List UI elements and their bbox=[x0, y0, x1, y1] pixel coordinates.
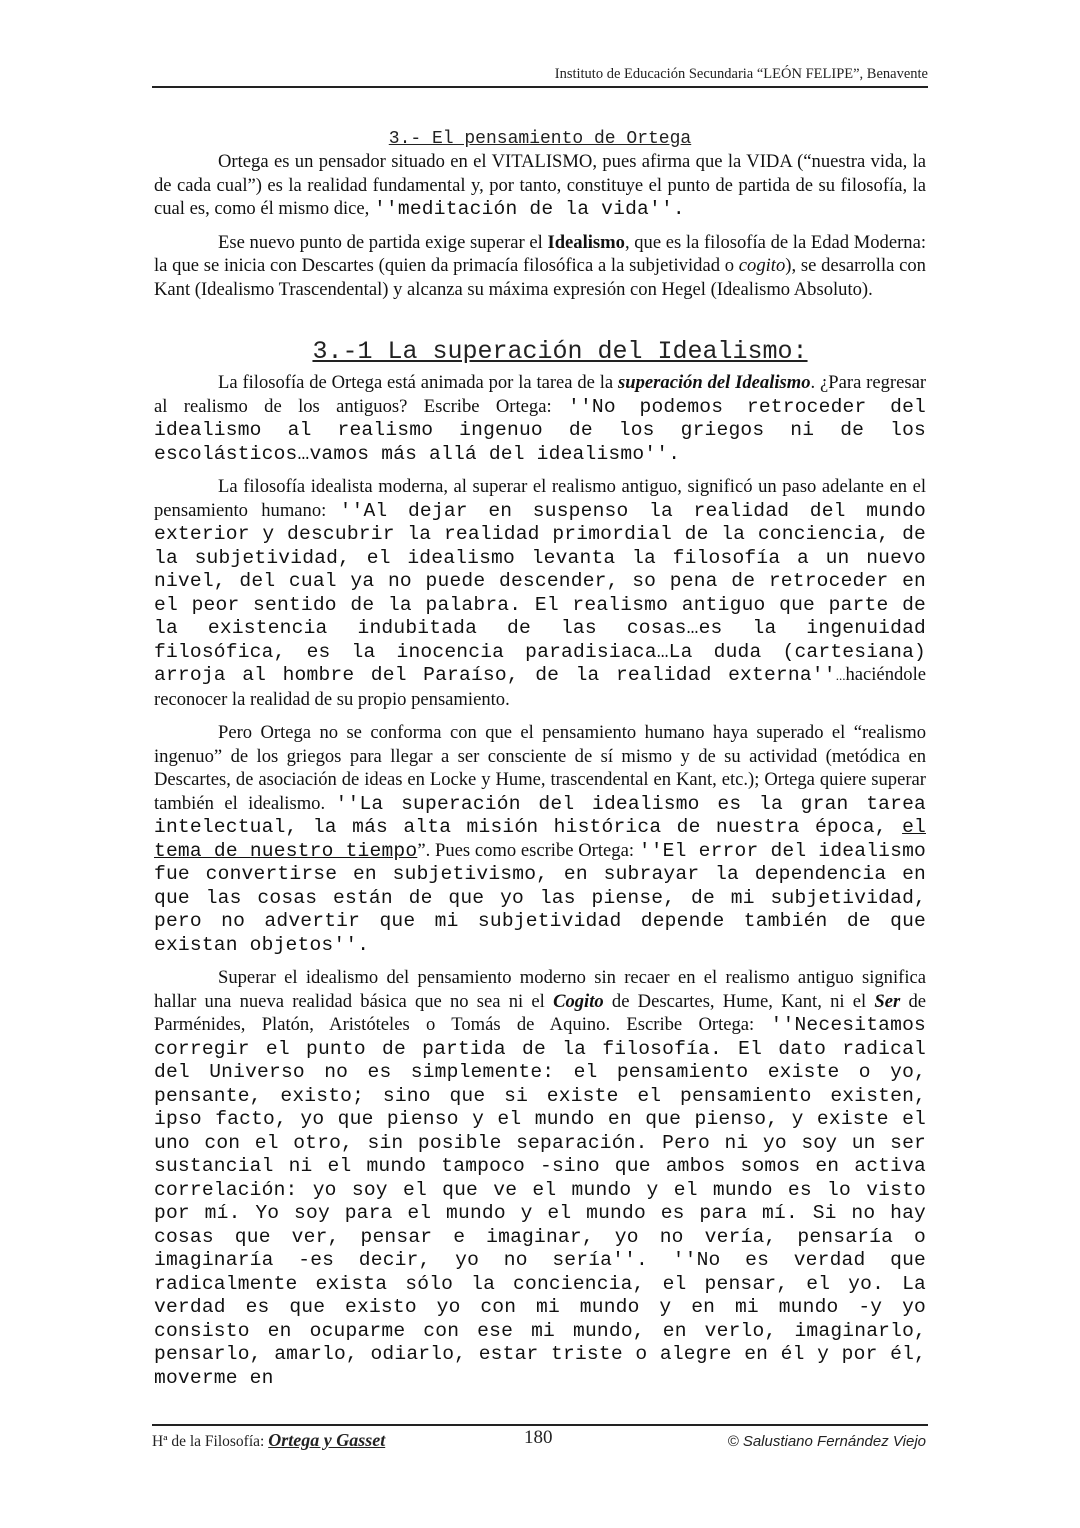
paragraph-text: Ese nuevo punto de partida exige superar… bbox=[218, 232, 547, 253]
paragraph-superacion: La filosofía de Ortega está animada por … bbox=[154, 371, 926, 465]
bold-italic-term: Ser bbox=[874, 991, 900, 1012]
page-header: Instituto de Educación Secundaria “LEÓN … bbox=[152, 64, 928, 88]
paragraph-text: . Pues como escribe Ortega: bbox=[426, 840, 639, 861]
paragraph-idealista-moderna: La filosofía idealista moderna, al super… bbox=[154, 475, 926, 711]
paragraph-idealismo: Ese nuevo punto de partida exige superar… bbox=[154, 231, 926, 302]
bold-term: Idealismo bbox=[547, 232, 624, 253]
page-content: 3.- El pensamiento de Ortega Ortega es u… bbox=[154, 128, 926, 1399]
bold-italic-term: Cogito bbox=[553, 991, 604, 1012]
quote-text: ''Al dejar en suspenso la realidad del m… bbox=[154, 500, 926, 687]
course-label: Hª de la Filosofía: Ortega y Gasset bbox=[152, 1430, 385, 1451]
page-number: 180 bbox=[524, 1427, 553, 1449]
quote-text: ''Necesitamos corregir el punto de parti… bbox=[154, 1014, 926, 1389]
quote-close: ” bbox=[417, 840, 425, 861]
course-prefix: Hª de la Filosofía: bbox=[152, 1433, 268, 1450]
paragraph-nueva-realidad: Superar el idealismo del pensamiento mod… bbox=[154, 966, 926, 1389]
quote-text: ''meditación de la vida''. bbox=[374, 198, 685, 220]
paragraph-no-se-conforma: Pero Ortega no se conforma con que el pe… bbox=[154, 721, 926, 956]
document-page: Instituto de Educación Secundaria “LEÓN … bbox=[0, 0, 1080, 1528]
bold-italic-term: superación del Idealismo bbox=[618, 372, 811, 393]
section-title: 3.- El pensamiento de Ortega bbox=[154, 128, 926, 150]
paragraph-text: La filosofía de Ortega está animada por … bbox=[218, 372, 618, 393]
italic-term: cogito bbox=[739, 255, 785, 276]
copyright: © Salustiano Fernández Viejo bbox=[728, 1433, 926, 1450]
paragraph-vitalismo: Ortega es un pensador situado en el VITA… bbox=[154, 150, 926, 221]
course-title: Ortega y Gasset bbox=[268, 1430, 385, 1450]
subsection-title: 3.-1 La superación del Idealismo: bbox=[154, 337, 926, 367]
page-footer: Hª de la Filosofía: Ortega y Gasset 180 … bbox=[152, 1424, 928, 1466]
institution-name: Instituto de Educación Secundaria “LEÓN … bbox=[555, 66, 928, 83]
ellipsis: ... bbox=[836, 668, 846, 683]
paragraph-text: de Descartes, Hume, Kant, ni el bbox=[604, 991, 875, 1012]
